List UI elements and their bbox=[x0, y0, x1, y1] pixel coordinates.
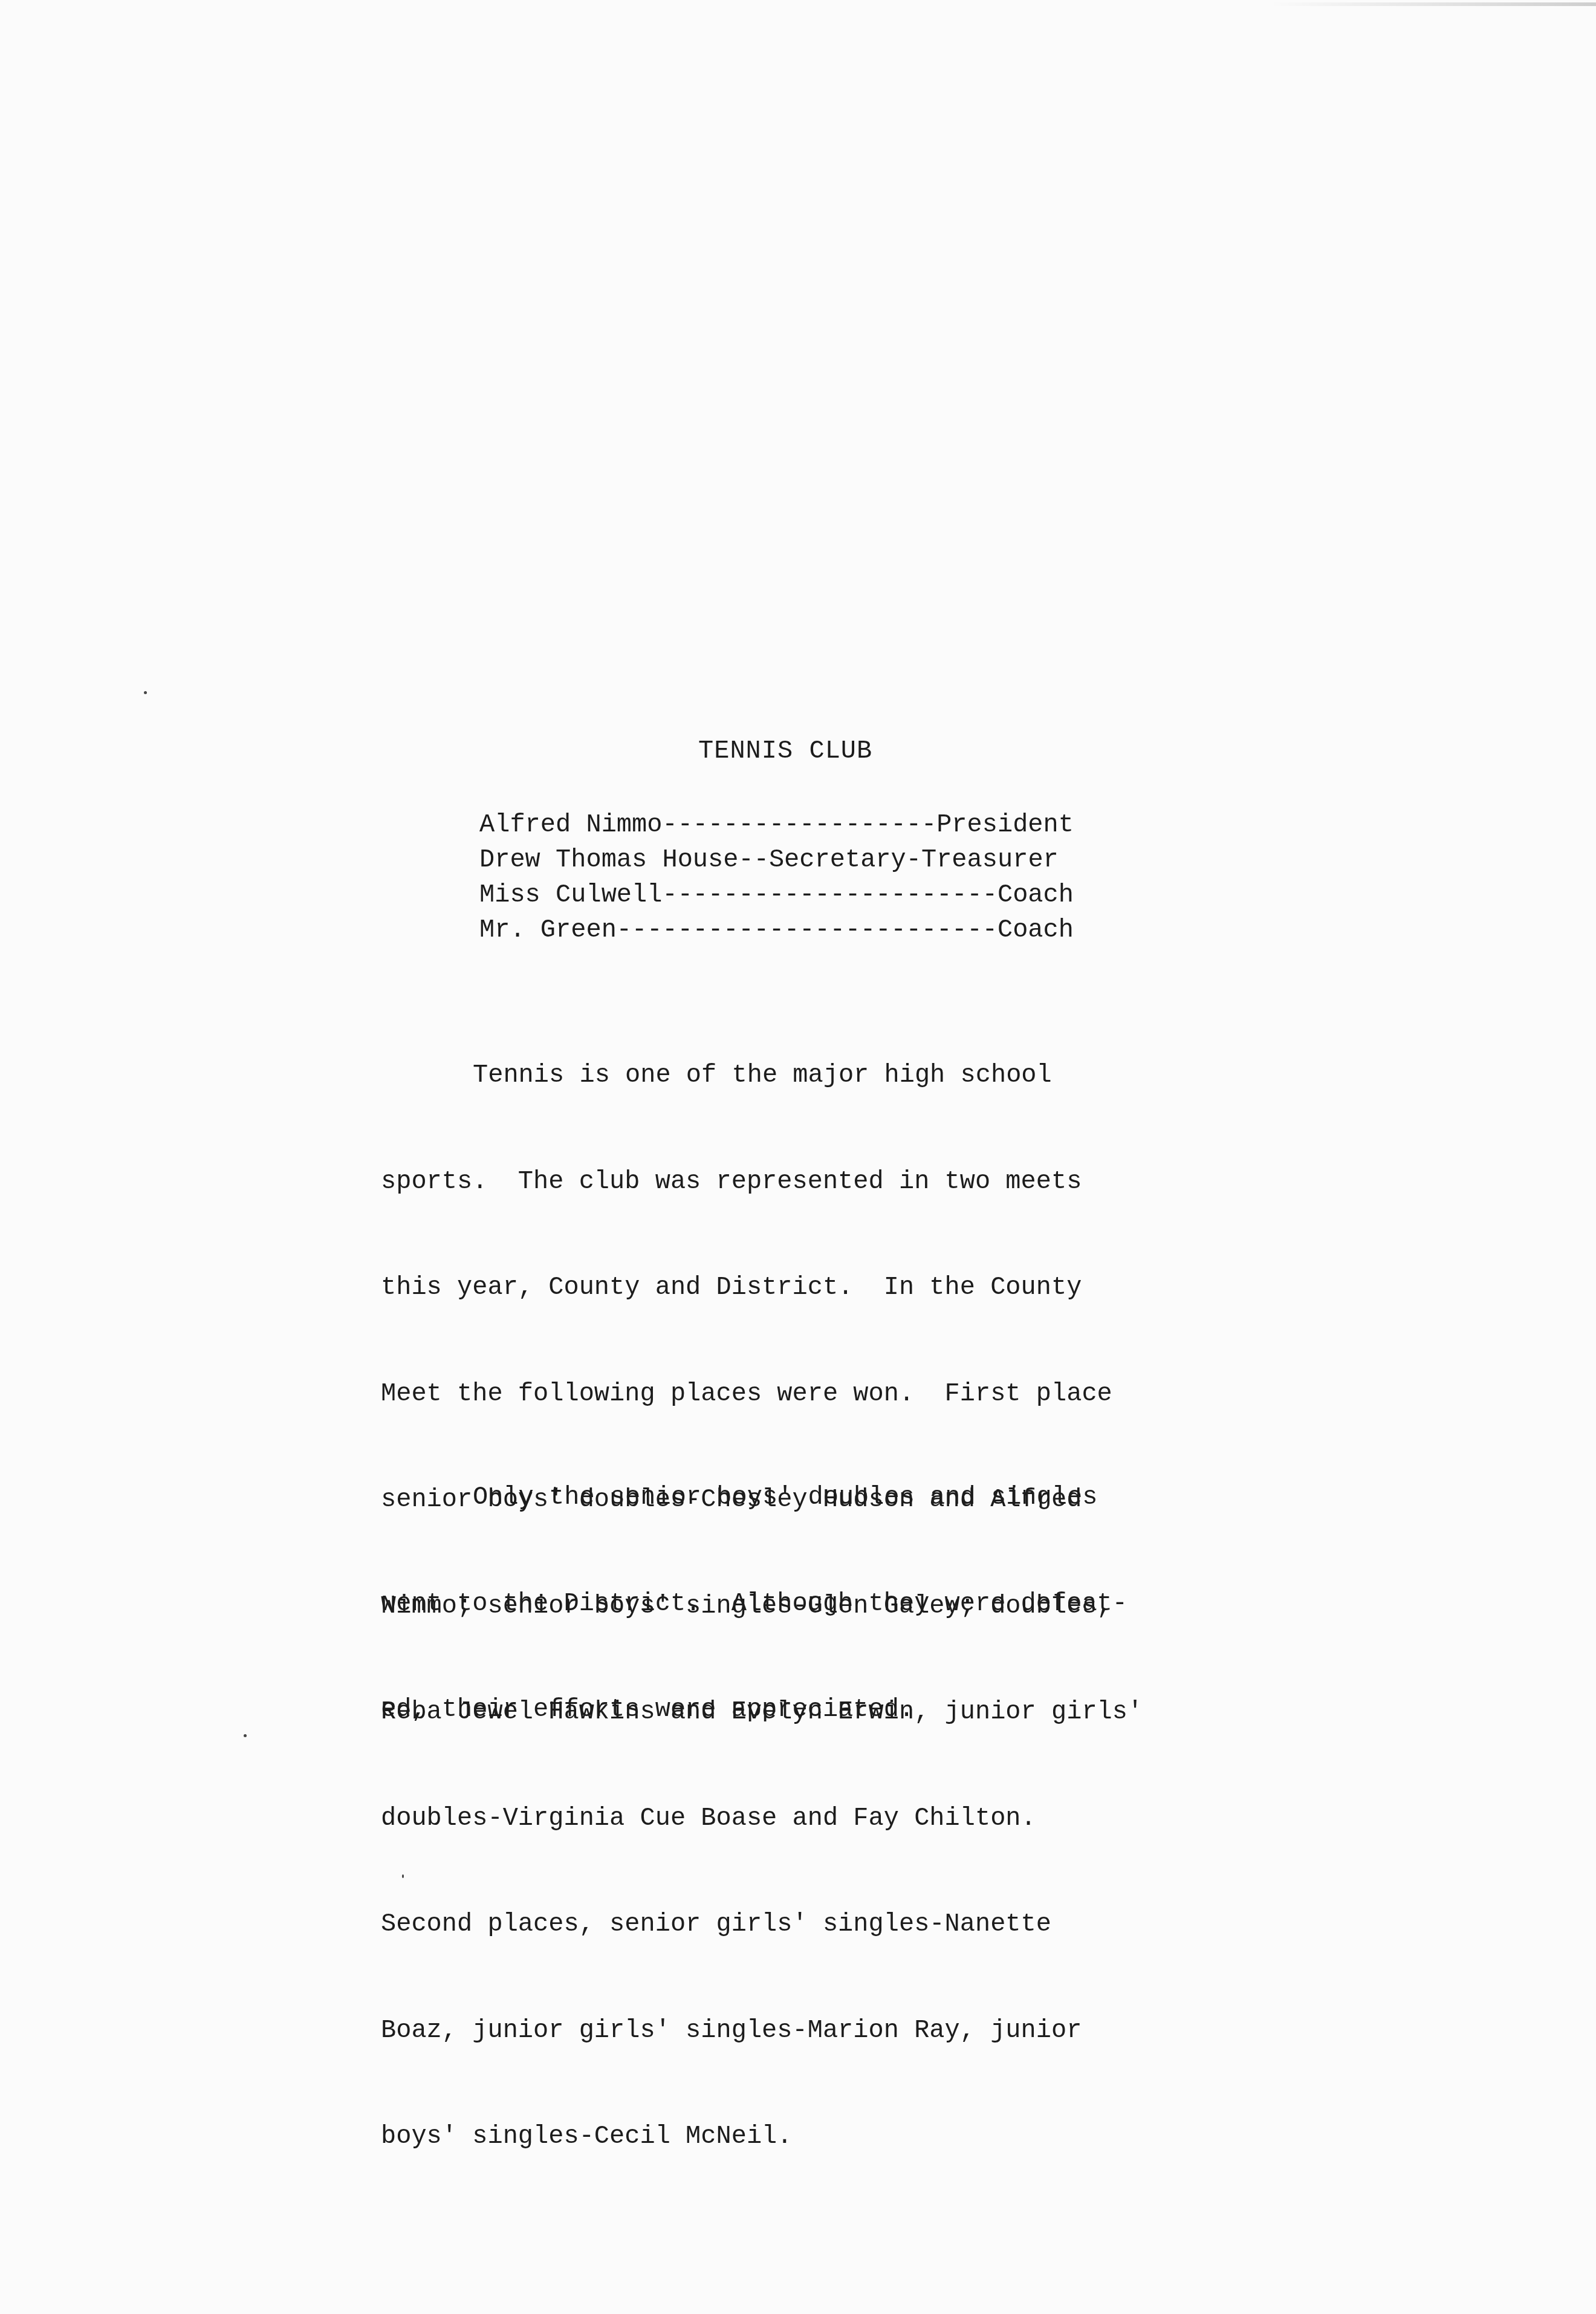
paper-edge-shadow bbox=[1270, 2, 1596, 6]
officer-role: President bbox=[936, 810, 1074, 839]
paragraph-line: Tennis is one of the major high school bbox=[381, 1058, 1288, 1093]
officer-row-coach-1: Miss Culwell----------------------Coach bbox=[479, 877, 1074, 912]
dot-leader: ------------------ bbox=[662, 810, 936, 839]
dot-leader: -- bbox=[738, 845, 768, 874]
paragraph-line: boys' singles-Cecil McNeil. bbox=[381, 2119, 1288, 2154]
document-title: TENNIS CLUB bbox=[698, 736, 872, 765]
officer-name: Alfred Nimmo bbox=[479, 810, 662, 839]
paragraph-line: ed, their efforts were appreciated. bbox=[381, 1692, 1288, 1727]
officer-role: Secretary-Treasurer bbox=[769, 845, 1059, 874]
paragraph-line: Second places, senior girls' singles-Nan… bbox=[381, 1906, 1288, 1942]
paragraph-line: Meet the following places were won. Firs… bbox=[381, 1376, 1288, 1412]
paragraph-line: Only the senior boys' doubles and single… bbox=[381, 1480, 1288, 1515]
officer-role: Coach bbox=[997, 915, 1074, 944]
dot-leader: ---------------------- bbox=[662, 880, 997, 909]
officer-name: Drew Thomas House bbox=[479, 845, 738, 874]
officer-row-president: Alfred Nimmo------------------President bbox=[479, 807, 1074, 842]
officer-name: Mr. Green bbox=[479, 915, 617, 944]
line-text: Tennis is one of the major high school bbox=[473, 1061, 1052, 1090]
officer-role: Coach bbox=[997, 880, 1074, 909]
officer-name: Miss Culwell bbox=[479, 880, 662, 909]
paragraph-line: doubles-Virginia Cue Boase and Fay Chilt… bbox=[381, 1801, 1288, 1836]
paragraph-line: sports. The club was represented in two … bbox=[381, 1164, 1288, 1200]
paragraph-line: this year, County and District. In the C… bbox=[381, 1270, 1288, 1305]
paper-speck bbox=[144, 691, 147, 694]
officer-row-coach-2: Mr. Green-------------------------Coach bbox=[479, 912, 1074, 947]
line-text: Only the senior boys' doubles and single… bbox=[473, 1483, 1097, 1512]
paragraph-line: went to the District. Although they were… bbox=[381, 1586, 1288, 1622]
officer-row-secretary-treasurer: Drew Thomas House--Secretary-Treasurer bbox=[479, 842, 1074, 877]
officer-list: Alfred Nimmo------------------President … bbox=[479, 807, 1074, 947]
paragraph-line: Boaz, junior girls' singles-Marion Ray, … bbox=[381, 2013, 1288, 2049]
paper-speck bbox=[244, 1734, 247, 1737]
dot-leader: ------------------------- bbox=[617, 915, 997, 944]
body-paragraph-district: Only the senior boys' doubles and single… bbox=[381, 1409, 1288, 1763]
